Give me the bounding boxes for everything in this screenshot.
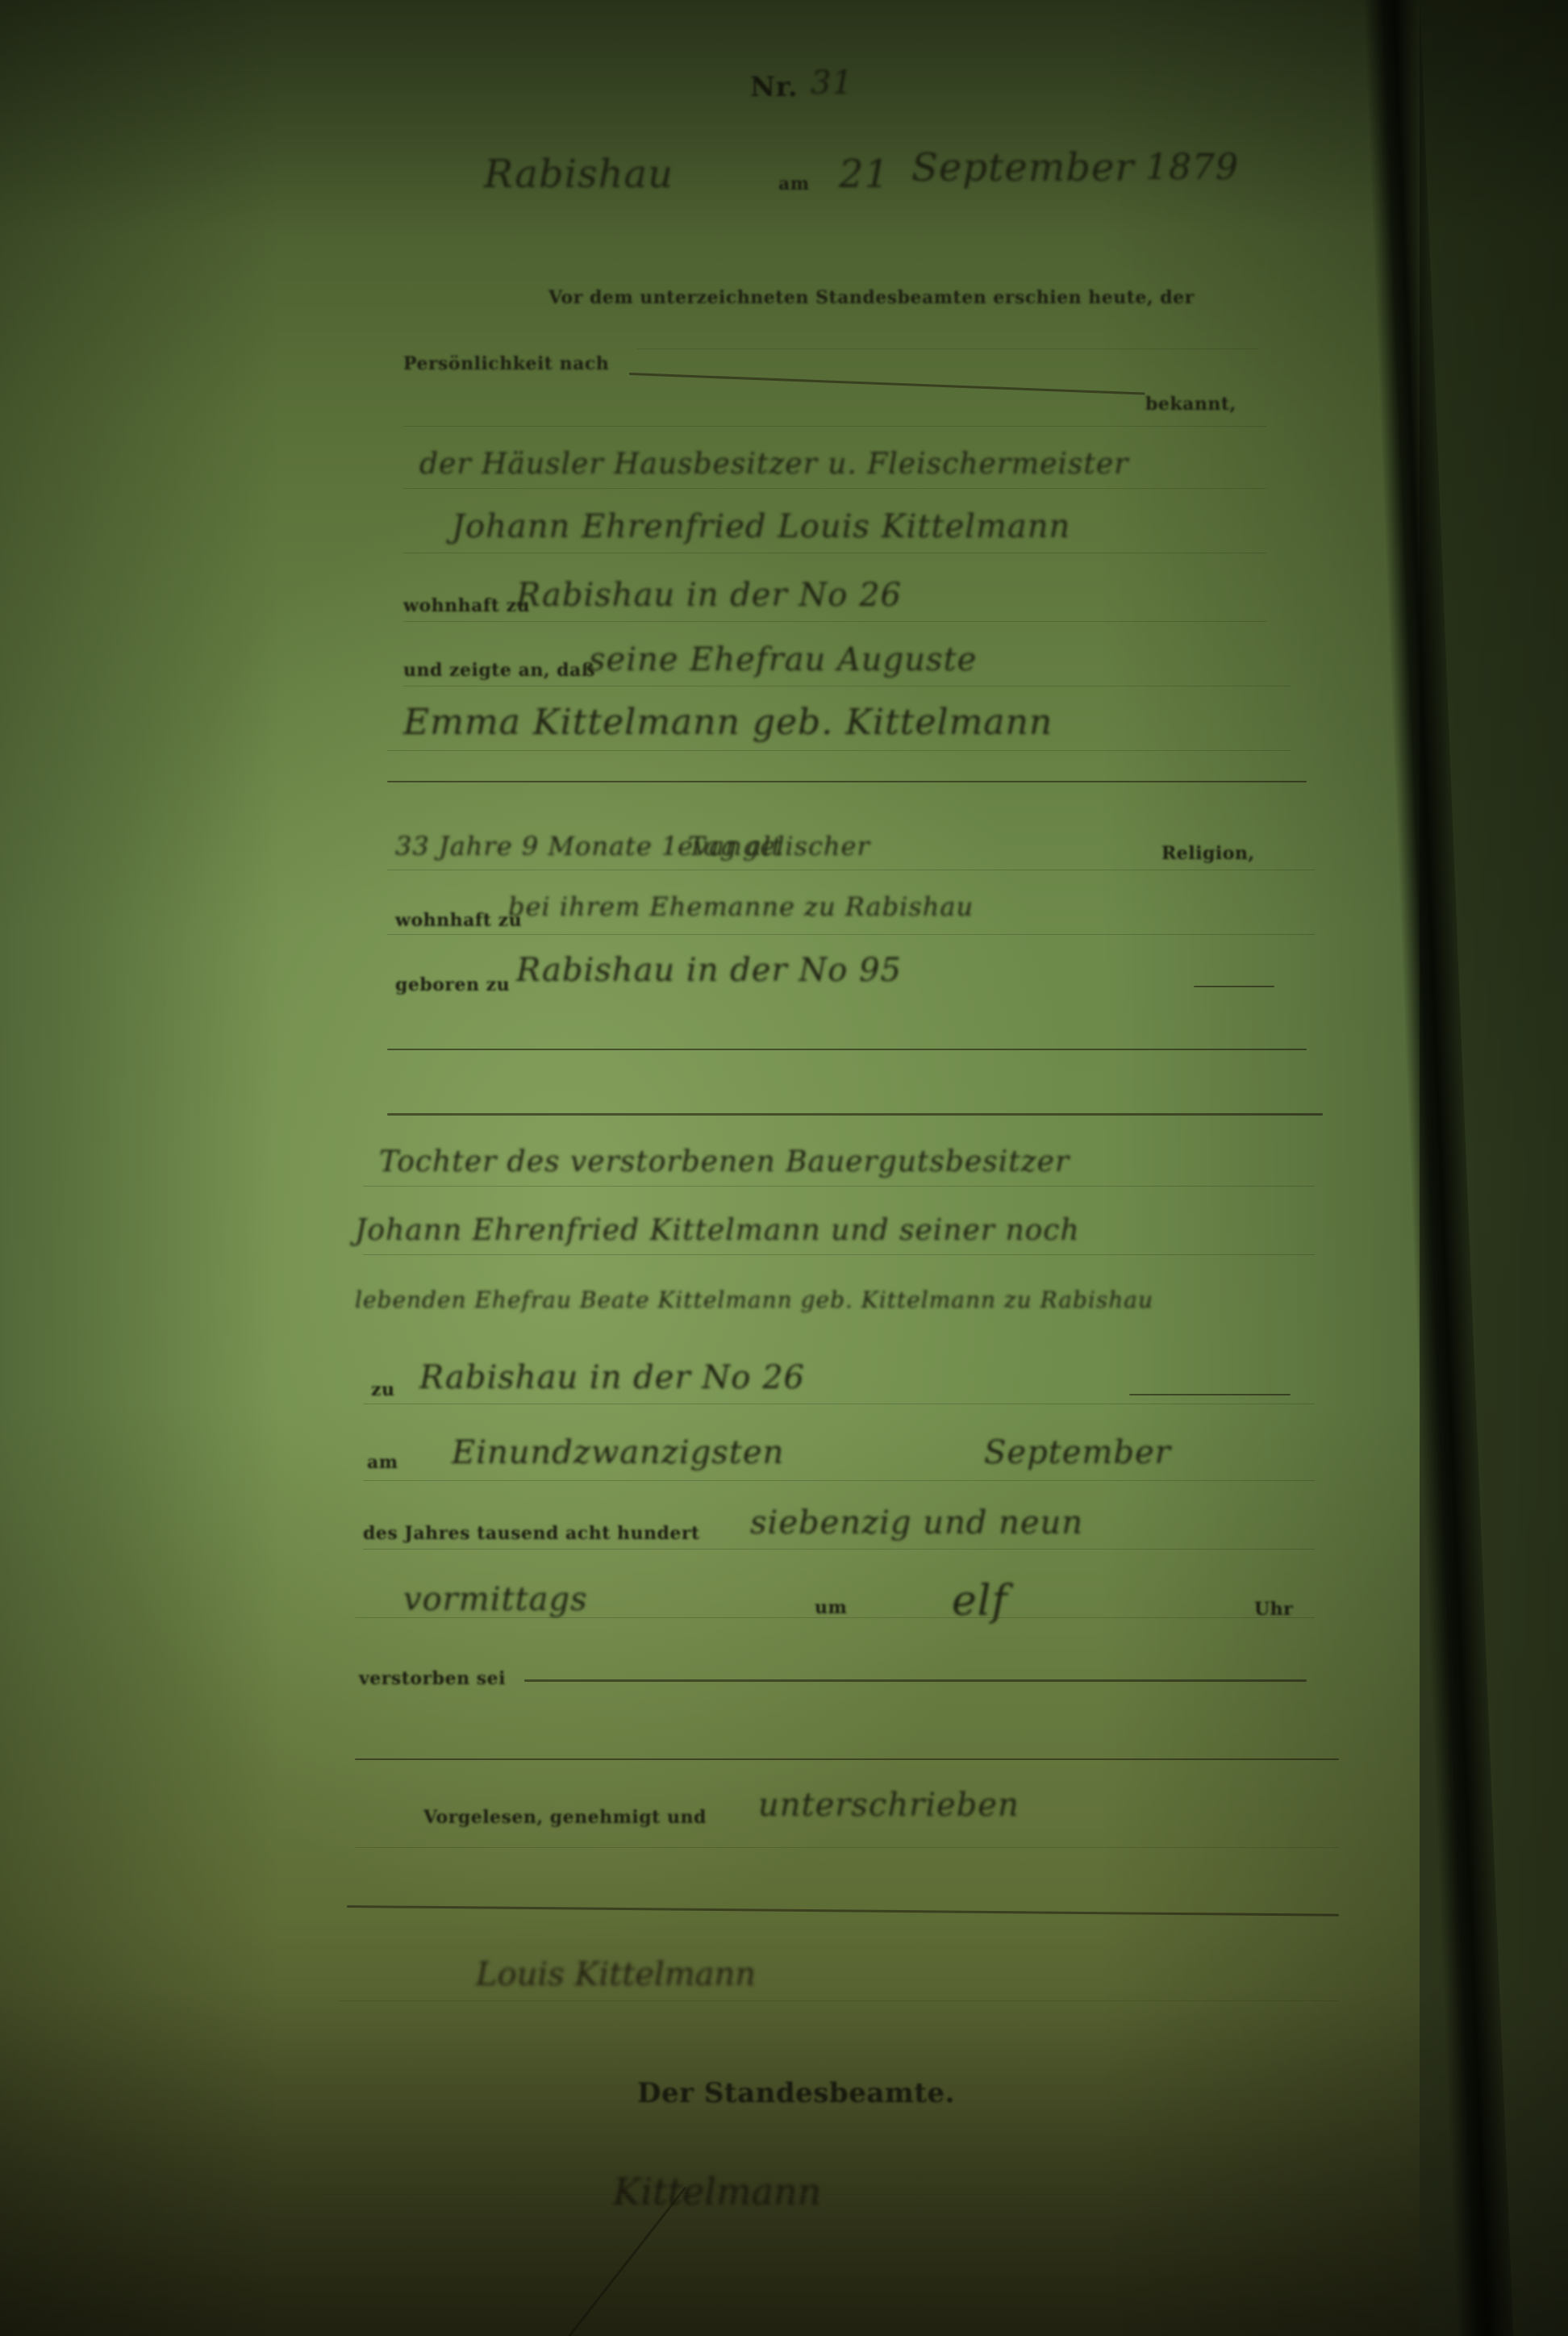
ruled-line — [637, 348, 1258, 349]
ruled-line — [363, 1186, 1315, 1187]
ruled-line — [403, 621, 1266, 622]
death-day-label: am — [367, 1452, 398, 1473]
ruled-line — [355, 1617, 1315, 1618]
parents-line-2: Johann Ehrenfried Kittelmann und seiner … — [355, 1214, 1080, 1247]
birthplace-label: geboren zu — [395, 974, 510, 995]
religion-label: Religion, — [1161, 843, 1255, 864]
ruled-line — [355, 1758, 1339, 1760]
death-year-label: des Jahres tausend acht hundert — [363, 1523, 700, 1544]
intro-line-1: Vor dem unterzeichneten Standesbeamten e… — [548, 287, 1195, 308]
ruled-line — [387, 750, 1291, 751]
death-place-label: zu — [371, 1379, 395, 1400]
announce-label: und zeigte an, daß — [403, 660, 595, 681]
informant-residence-label: wohnhaft zu — [403, 595, 530, 616]
deceased-name: Emma Kittelmann geb. Kittelmann — [403, 702, 1053, 743]
deceased-residence: bei ihrem Ehemanne zu Rabishau — [508, 891, 974, 922]
ruled-line — [363, 1549, 1315, 1550]
died-label: verstorben sei — [359, 1668, 506, 1689]
intro-line-2: Persönlichkeit nach — [403, 353, 609, 374]
ruled-line — [403, 426, 1266, 427]
registrar-signature: Kittelmann — [613, 2170, 821, 2213]
ruled-line — [339, 2000, 1339, 2001]
informant-occupation: der Häusler Hausbesitzer u. Fleischermei… — [419, 448, 1128, 481]
death-hour-label: um — [815, 1597, 847, 1618]
ruled-line — [1194, 986, 1274, 987]
ruled-line — [387, 934, 1315, 935]
ruled-line — [363, 1254, 1315, 1255]
entry-number: 31 — [811, 65, 853, 102]
ruled-line — [1129, 1394, 1291, 1395]
death-hour: elf — [952, 1577, 1008, 1625]
read-approved-text: unterschrieben — [758, 1787, 1020, 1824]
death-day: Einundzwanzigsten — [452, 1434, 784, 1471]
date-connector: am — [778, 173, 810, 194]
ruled-line — [355, 1847, 1339, 1848]
ruled-line — [363, 1480, 1315, 1481]
intro-line-3: bekannt, — [1145, 394, 1236, 415]
struck-line — [524, 1679, 1307, 1682]
informant-residence: Rabishau in der No 26 — [516, 577, 902, 614]
ruled-line — [387, 781, 1307, 782]
ruled-line — [387, 870, 1315, 870]
place: Rabishau — [484, 152, 673, 197]
death-month: September — [984, 1434, 1171, 1471]
parents-line-3: lebenden Ehefrau Beate Kittelmann geb. K… — [355, 1287, 1153, 1313]
ruled-line — [323, 2194, 1339, 2195]
informant-name: Johann Ehrenfried Louis Kittelmann — [452, 508, 1070, 545]
ruled-line — [387, 1113, 1323, 1116]
entry-number-label: Nr. — [750, 71, 798, 103]
informant-signature: Louis Kittelmann — [476, 1956, 756, 1993]
ruled-line — [403, 553, 1266, 553]
deceased-religion: evangelischer — [678, 831, 870, 861]
ruled-line — [387, 1049, 1307, 1050]
announce-text: seine Ehefrau Auguste — [589, 641, 977, 678]
date-day: 21 — [839, 152, 890, 197]
date-month: September — [911, 145, 1134, 190]
deceased-birthplace: Rabishau in der No 95 — [516, 952, 902, 989]
date-year: 1879 — [1145, 147, 1239, 188]
death-year: siebenzig und neun — [750, 1504, 1083, 1541]
registrar-label: Der Standesbeamte. — [637, 2077, 955, 2109]
ruled-line — [403, 488, 1266, 489]
ruled-line — [363, 1404, 1315, 1404]
read-approved-label: Vorgelesen, genehmigt und — [423, 1807, 707, 1828]
ruled-line — [323, 2283, 1339, 2284]
deceased-residence-label: wohnhaft zu — [395, 910, 522, 931]
death-place: Rabishau in der No 26 — [419, 1359, 805, 1396]
death-time-of-day: vormittags — [403, 1581, 588, 1618]
ruled-line — [403, 686, 1291, 686]
parents-line-1: Tochter des verstorbenen Bauergutsbesitz… — [379, 1145, 1070, 1178]
